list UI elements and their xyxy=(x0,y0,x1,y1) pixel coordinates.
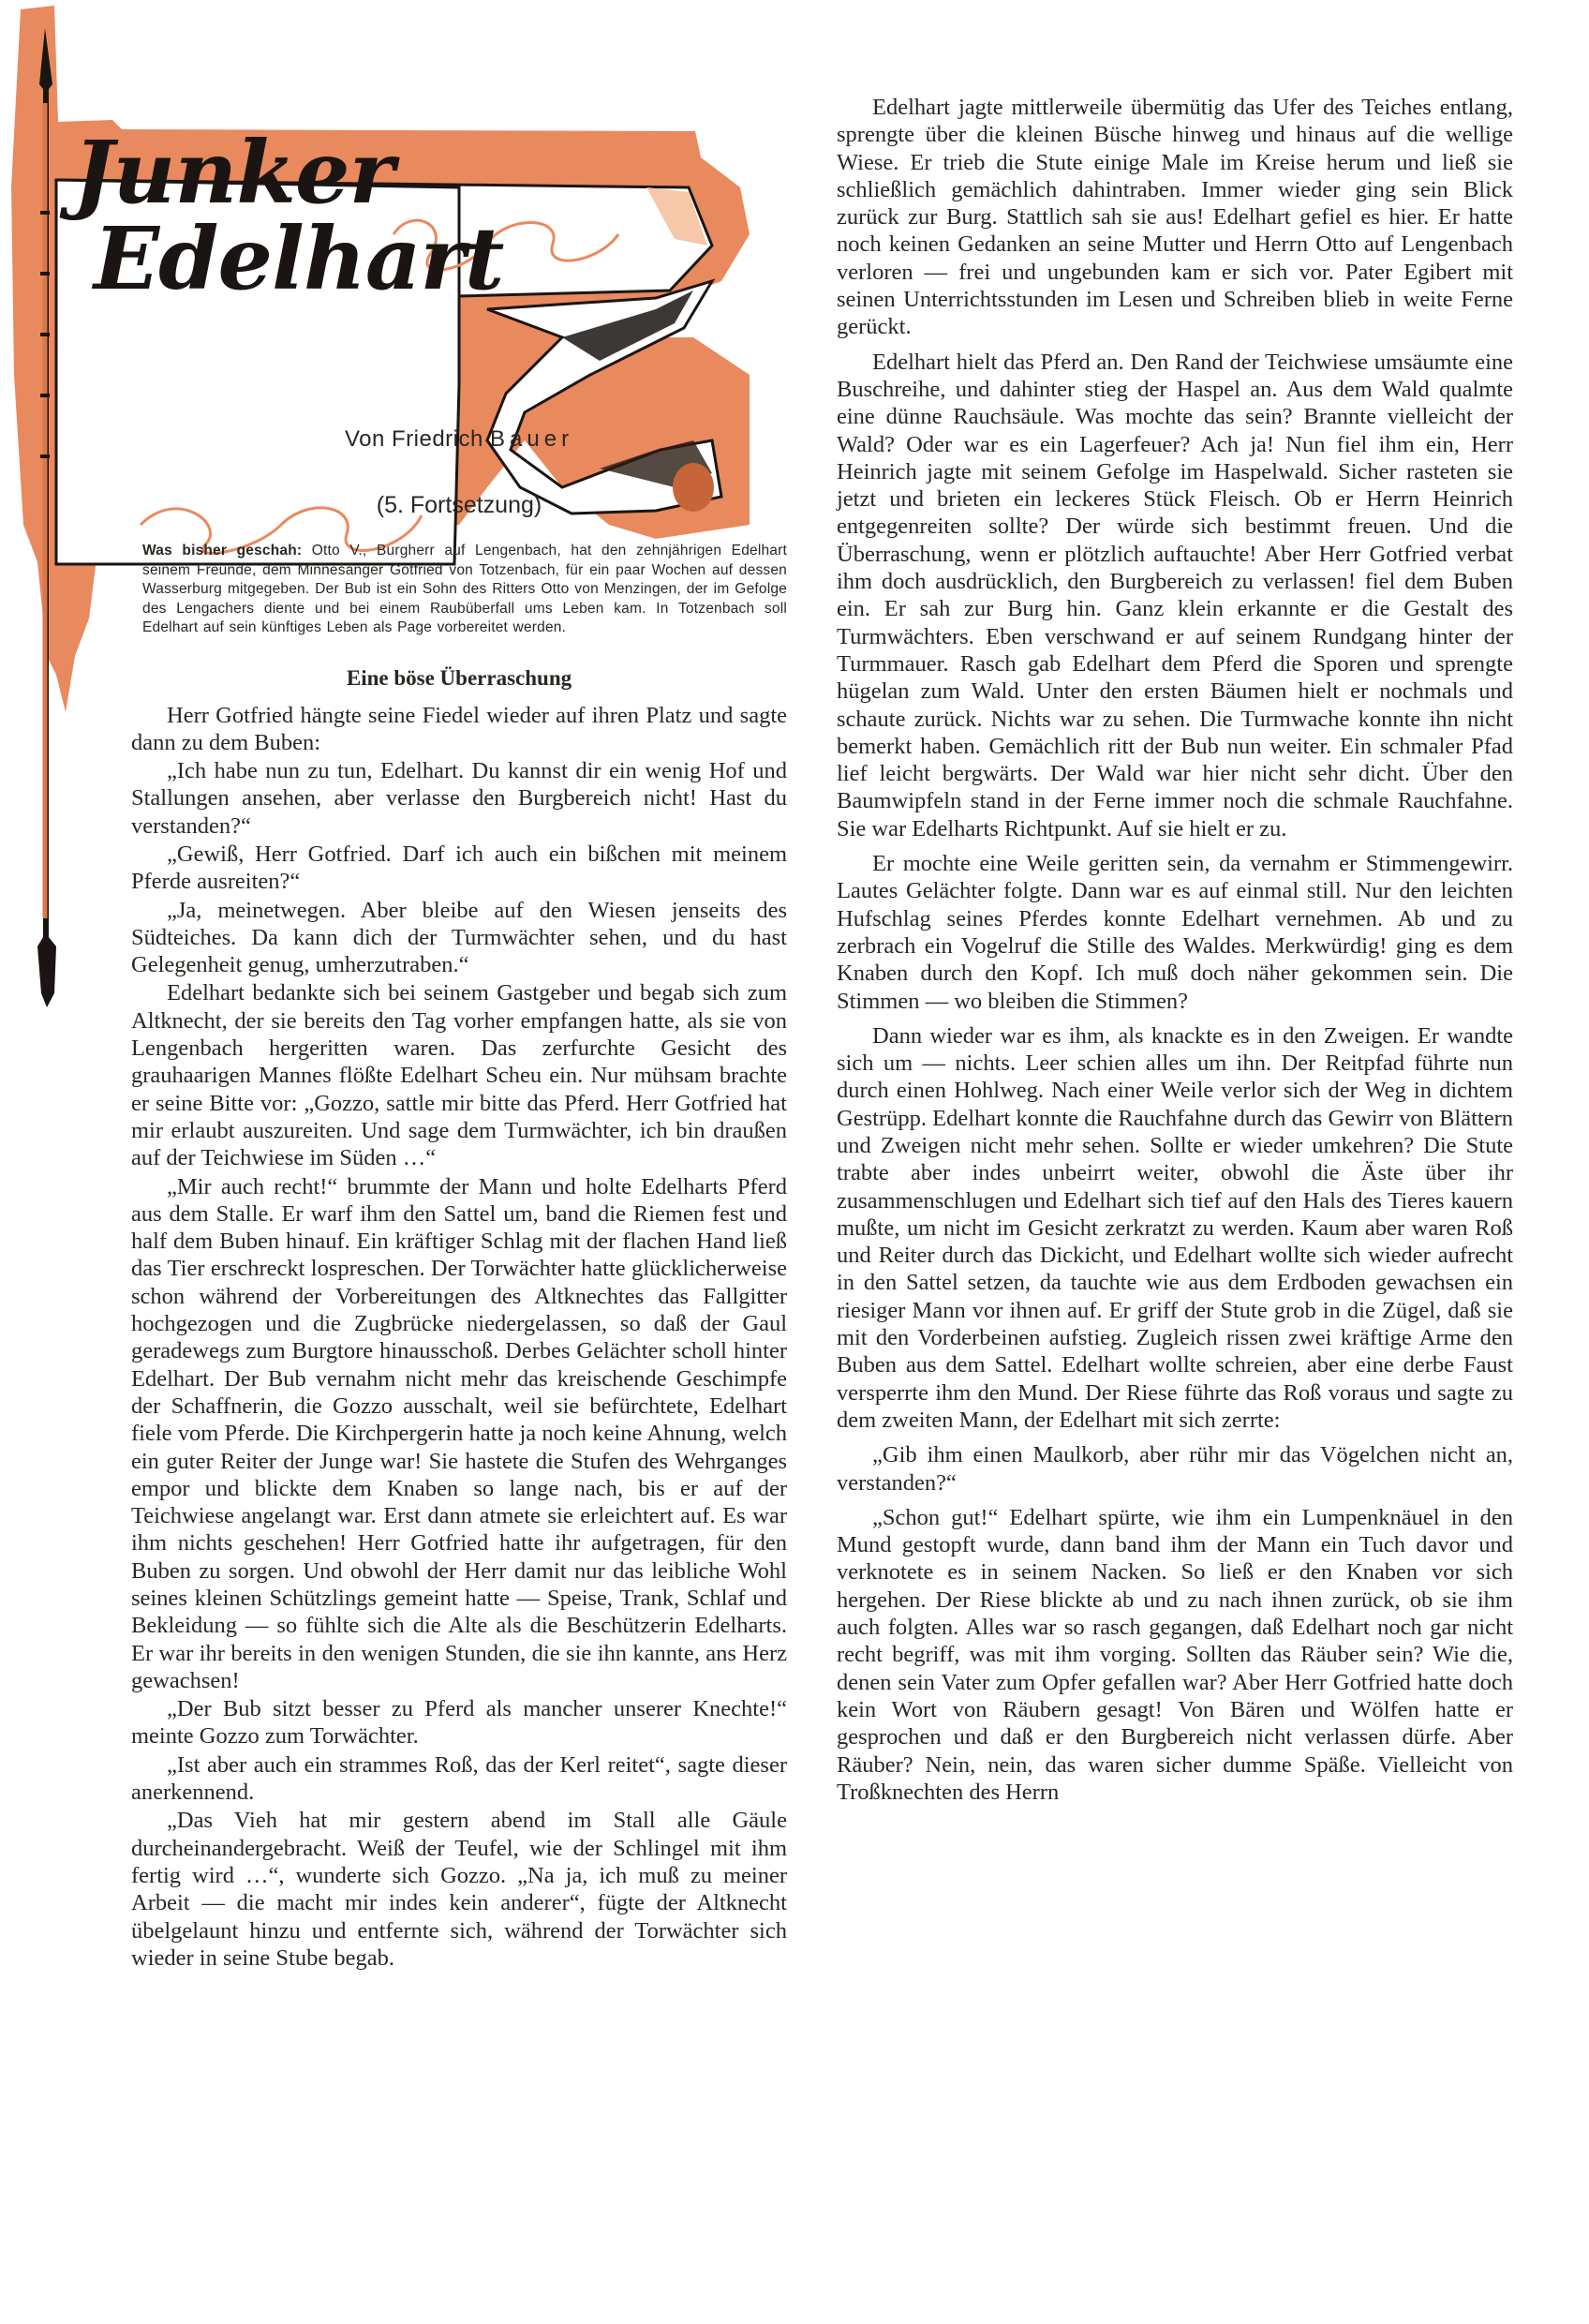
paragraph: „Gib ihm einen Maulkorb, aber rühr mir d… xyxy=(837,1441,1513,1497)
summary-lead: Was bisher geschah: xyxy=(142,543,302,559)
magazine-page: Junker Edelhart Von Friedrich Bauer (5. … xyxy=(0,0,1589,2324)
paragraph: „Mir auch recht!“ brummte der Mann und h… xyxy=(131,1173,787,1695)
continuation-label: (5. Fortsetzung) xyxy=(131,492,787,519)
paragraph: „Ist aber auch ein strammes Roß, das der… xyxy=(131,1751,787,1807)
paragraph: „Ja, meinetwegen. Aber bleibe auf den Wi… xyxy=(131,897,787,979)
byline-prefix: Von Friedrich xyxy=(345,426,490,452)
right-column: Edelhart jagte mittlerweile übermütig da… xyxy=(837,94,1513,1806)
paragraph: Er mochte eine Weile geritten sein, da v… xyxy=(837,850,1513,1015)
story-summary: Was bisher geschah: Otto V., Burgherr au… xyxy=(131,542,787,638)
paragraph: „Der Bub sitzt besser zu Pferd als manch… xyxy=(131,1695,787,1750)
section-heading: Eine böse Überraschung xyxy=(131,666,787,691)
title-line-2: Edelhart xyxy=(94,216,503,302)
paragraph: Herr Gotfried hängte seine Fiedel wieder… xyxy=(131,702,787,757)
paragraph: „Schon gut!“ Edelhart spürte, wie ihm ei… xyxy=(837,1504,1513,1806)
byline: Von Friedrich Bauer xyxy=(131,426,787,453)
paragraph: „Ich habe nun zu tun, Edelhart. Du kanns… xyxy=(131,757,787,840)
paragraph: Edelhart jagte mittlerweile übermütig da… xyxy=(837,94,1513,341)
paragraph: Edelhart bedankte sich bei seinem Gastge… xyxy=(131,979,787,1171)
paragraph: „Gewiß, Herr Gotfried. Darf ich auch ein… xyxy=(131,841,787,896)
right-body-text: Edelhart jagte mittlerweile übermütig da… xyxy=(837,94,1513,1806)
paragraph: „Das Vieh hat mir gestern abend im Stall… xyxy=(131,1807,787,1972)
paragraph: Edelhart hielt das Pferd an. Den Rand de… xyxy=(837,349,1513,842)
left-column: Von Friedrich Bauer (5. Fortsetzung) Was… xyxy=(131,426,787,1972)
title-line-1: Junker xyxy=(73,129,394,216)
left-body-text: Herr Gotfried hängte seine Fiedel wieder… xyxy=(131,702,787,1973)
byline-surname: Bauer xyxy=(490,426,573,452)
paragraph: Dann wieder war es ihm, als knackte es i… xyxy=(837,1022,1513,1434)
